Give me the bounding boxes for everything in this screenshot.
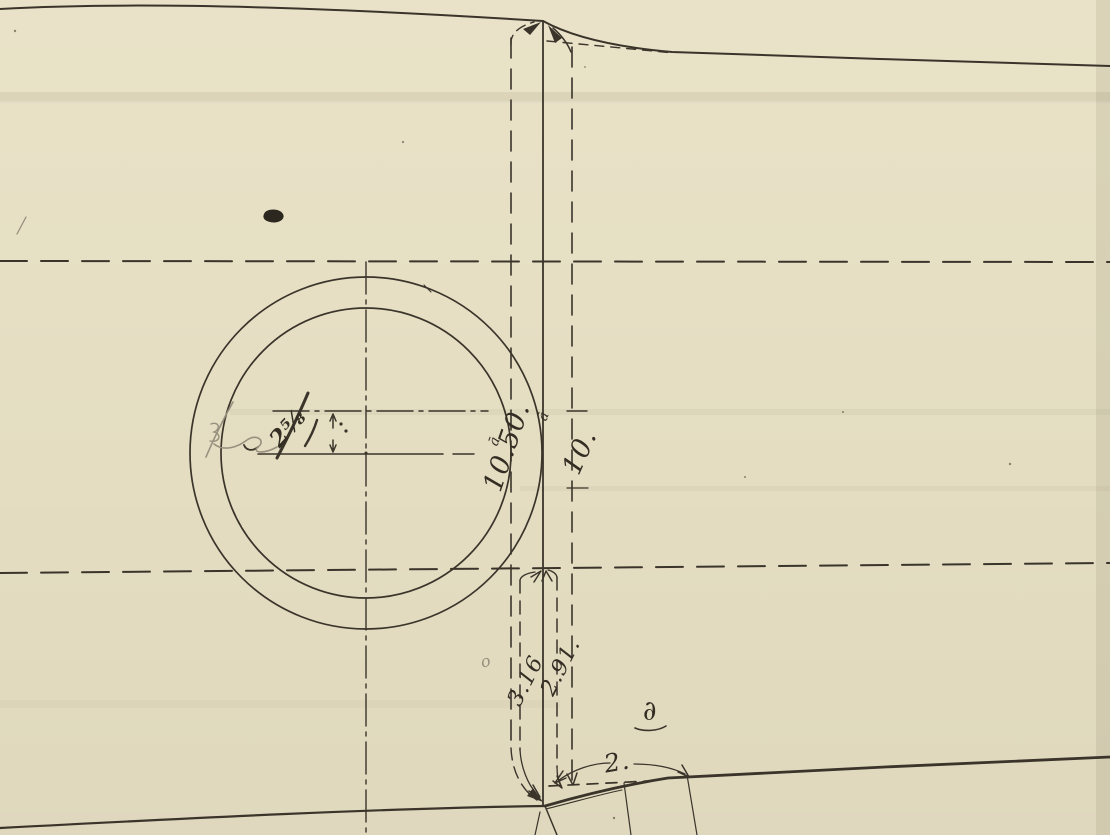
slot-arrow-down <box>330 440 336 452</box>
ink-dot <box>344 429 347 432</box>
pencil-tick <box>17 217 26 234</box>
tick-line-right <box>687 775 697 835</box>
paper-edge-shade <box>1096 0 1110 835</box>
ink-dot <box>339 422 342 425</box>
drawing-linework <box>0 0 1110 835</box>
ink-blot <box>263 210 283 223</box>
paper-crease-highlight <box>0 101 1110 103</box>
outline-top-right <box>543 21 1110 66</box>
pencil-squiggle <box>214 437 277 452</box>
dim-arc-2-left <box>559 763 610 780</box>
pencil-stroke <box>206 402 233 457</box>
center-dot <box>365 452 368 455</box>
letter-underline <box>635 726 666 730</box>
paper-crease <box>230 409 1110 415</box>
paper-crease <box>520 486 1110 491</box>
dim-arc-2-right <box>634 764 685 774</box>
reference-line-lower <box>0 563 1110 573</box>
reference-line-upper <box>0 261 1110 262</box>
arrowhead <box>523 22 541 35</box>
outline-bottom-double <box>546 790 622 809</box>
reference-letter-d: ∂ <box>641 695 659 727</box>
tick-line-left <box>624 783 631 835</box>
slot-arrow-up <box>330 414 336 428</box>
outline-bottom-left <box>0 806 545 828</box>
outline-top-left <box>0 6 543 21</box>
edge-below-vertex <box>545 806 557 835</box>
technical-drawing-sheet: 10.50. 10. 3.16 2.91. 2. ∂ ā ā 2⅝ o <box>0 0 1110 835</box>
paper-crease <box>0 700 560 708</box>
centerline-tail <box>535 812 540 835</box>
dimension-label-bottom-offset: 2. <box>602 745 633 778</box>
